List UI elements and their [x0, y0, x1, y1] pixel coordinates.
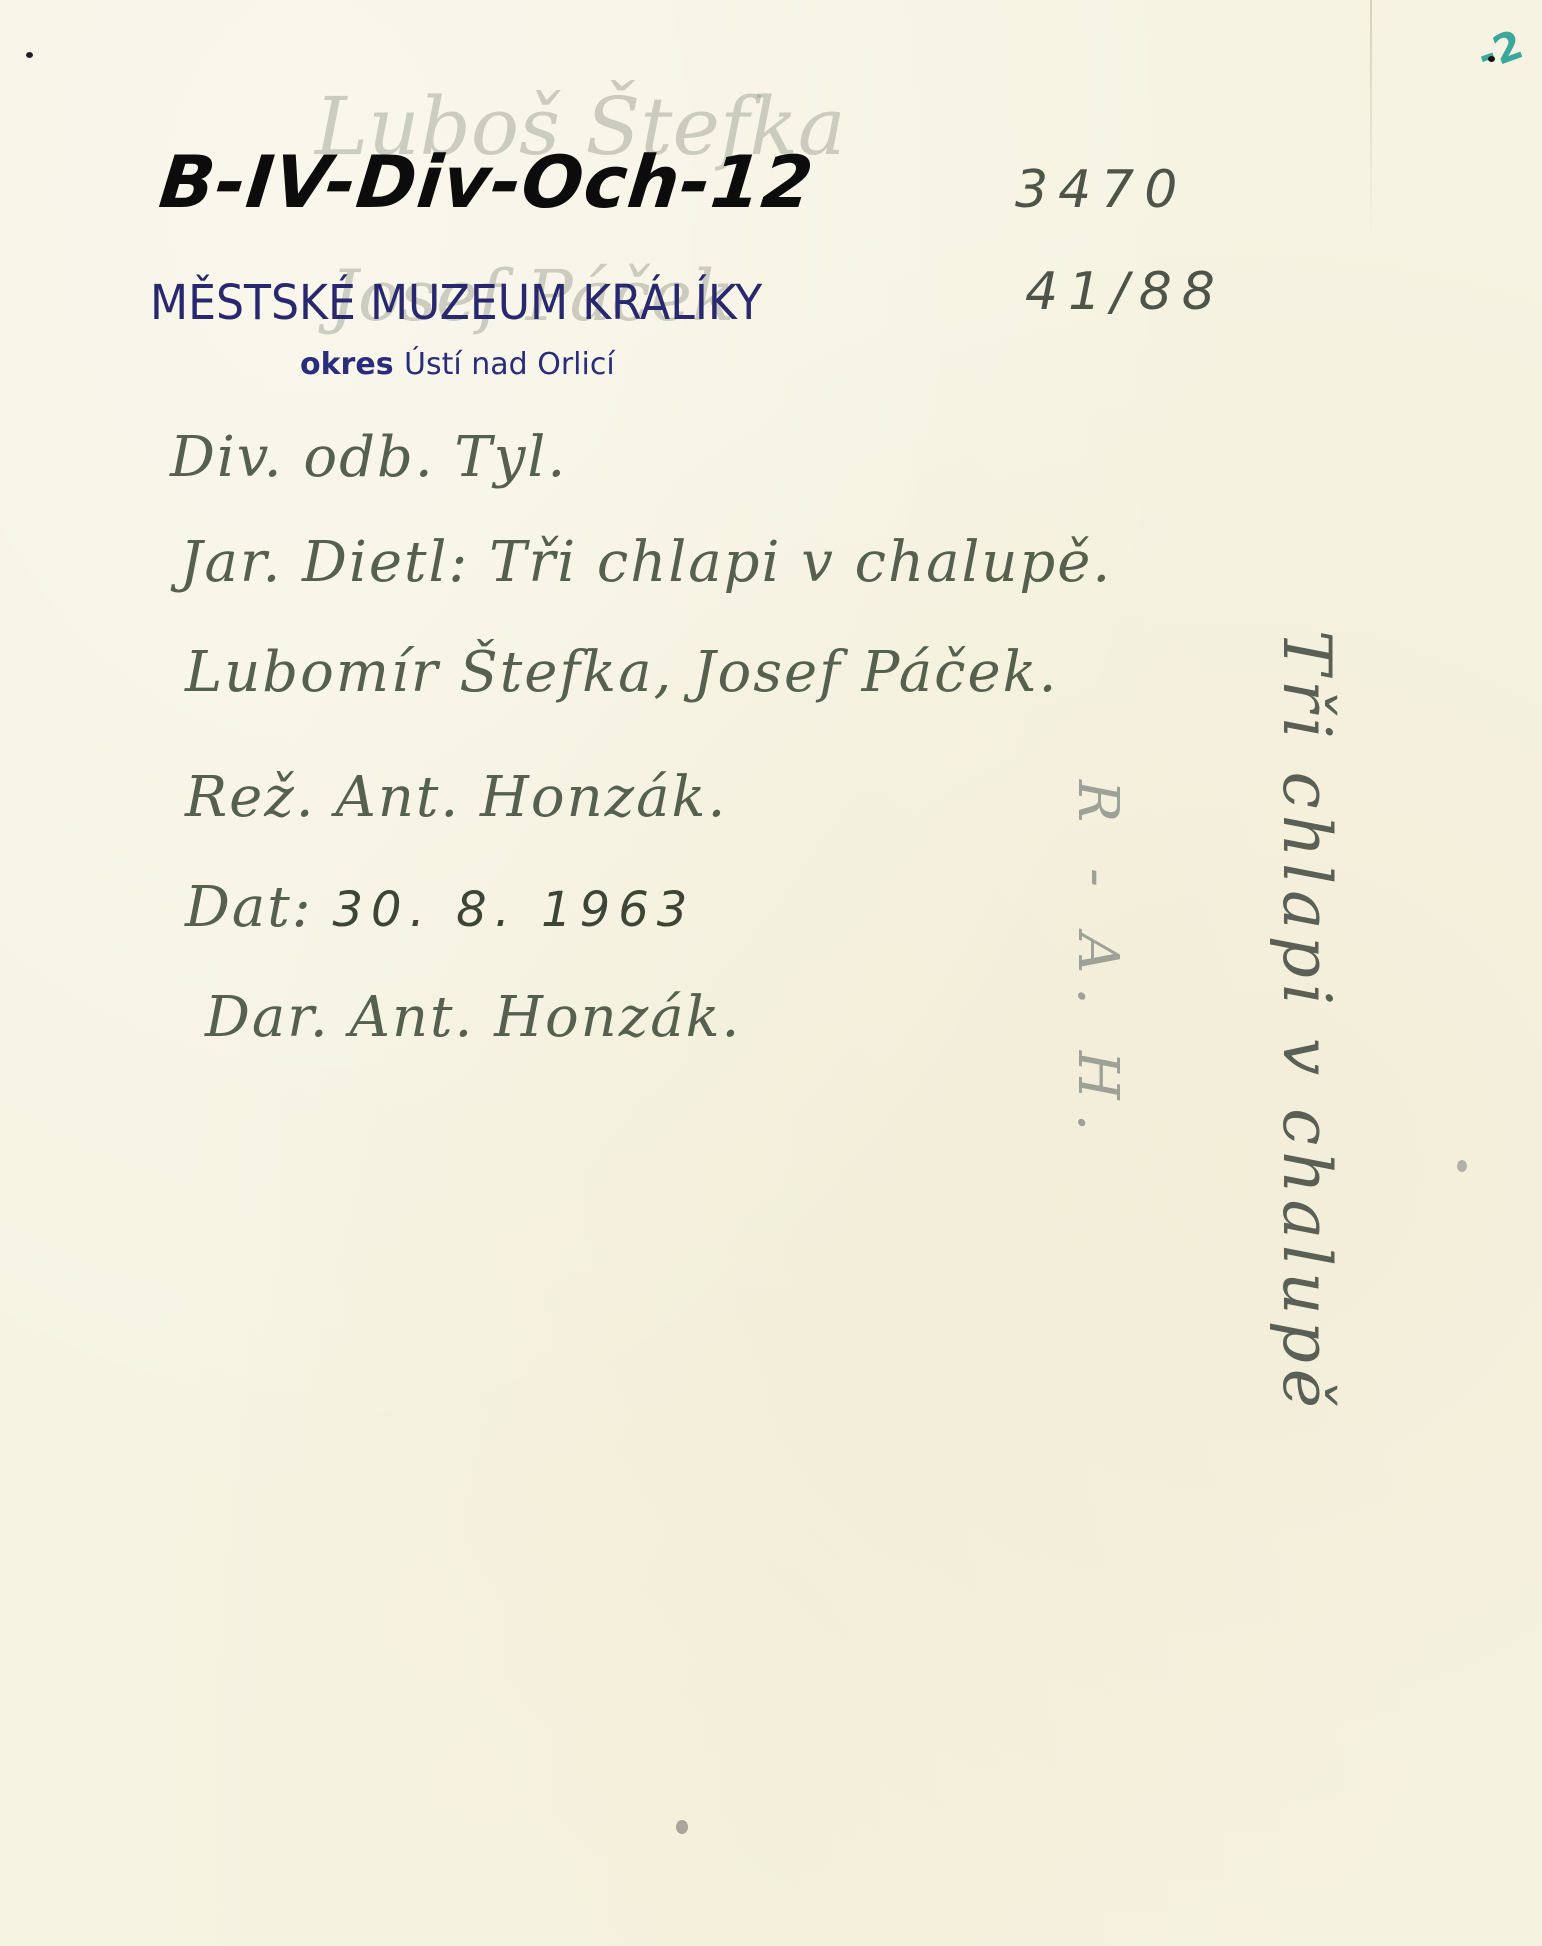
handwritten-director: Rež. Ant. Honzák. — [185, 765, 727, 830]
museum-stamp-name: MĚSTSKÉ MUZEUM KRÁLÍKY — [150, 275, 762, 331]
inventory-number-2: 41/88 — [1025, 262, 1225, 322]
ink-speck — [26, 52, 33, 58]
vertical-title-note: Tři chlapi v chalupě — [1268, 630, 1345, 1414]
inventory-number-1: 3470 — [1015, 160, 1187, 220]
paper-speck — [1457, 1160, 1467, 1172]
stamp-district-prefix: okres — [300, 347, 394, 382]
ink-speck — [1488, 56, 1495, 62]
handwritten-theatre: Div. odb. Tyl. — [170, 425, 567, 490]
museum-stamp-district: okres Ústí nad Orlicí — [300, 347, 615, 382]
date-value: 30. 8. 1963 — [332, 882, 695, 938]
handwritten-date-line: Dat: 30. 8. 1963 — [185, 875, 695, 940]
date-label: Dat: — [185, 875, 313, 940]
paper-speck — [676, 1820, 688, 1834]
handwritten-play-title: Jar. Dietl: Tři chlapi v chalupě. — [180, 530, 1112, 595]
paper-crease — [1370, 0, 1372, 240]
handwritten-actors: Lubomír Štefka, Josef Páček. — [185, 640, 1058, 705]
catalog-code: B-IV-Div-Och-12 — [156, 140, 818, 224]
handwritten-donor: Dar. Ant. Honzák. — [205, 985, 741, 1050]
vertical-faint-initials: R - A. H. — [1065, 780, 1130, 1145]
stamp-district-place: Ústí nad Orlicí — [404, 347, 615, 382]
